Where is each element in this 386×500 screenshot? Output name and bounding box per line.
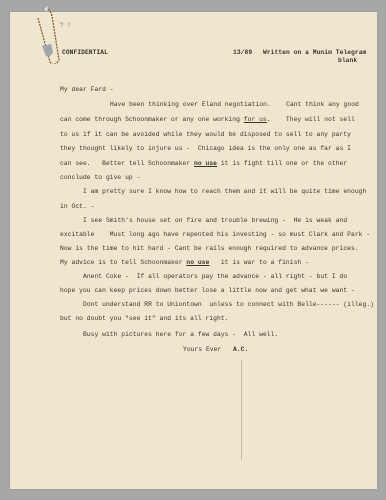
- body-line: Busy with pictures here for a few days -…: [83, 331, 278, 338]
- body-line: Now is the time to hit hard - Cant be ra…: [60, 245, 359, 252]
- body-line: in Oct. -: [60, 203, 94, 210]
- confidential-label: CONFIDENTIAL: [62, 49, 108, 56]
- header-note-line1: Written on a Munim Telegram: [263, 49, 366, 56]
- body-line: they thought likely to injure us - Chica…: [60, 145, 351, 152]
- document-number: 13/89: [233, 49, 252, 56]
- body-line: can come through Schoonmaker or any one …: [60, 116, 355, 123]
- header-note-line2: blank: [338, 57, 357, 64]
- paperclip-icon: [32, 6, 62, 64]
- fold-crease: [241, 360, 242, 460]
- body-line: hope you can keep prices down better los…: [60, 287, 355, 294]
- body-line: excitable Must long ago have repented hi…: [60, 231, 370, 238]
- body-line: My advice is to tell Schoonmaker no use …: [60, 259, 309, 266]
- margin-mark: ? !: [60, 22, 71, 29]
- body-line: I see Smith's house set on fire and trou…: [83, 217, 347, 224]
- closing: Yours Ever: [183, 346, 221, 353]
- body-line: Anent Coke - If all operators pay the ad…: [83, 273, 347, 280]
- body-line: conclude to give up -: [60, 174, 140, 181]
- signature: A.C.: [233, 346, 248, 353]
- body-line: Dont understand RR to Uniontown unless t…: [83, 301, 374, 308]
- body-line: to us if it can be avoided while they wo…: [60, 131, 351, 138]
- body-line: can see. Better tell Schoonmaker no use …: [60, 160, 347, 167]
- body-line: I am pretty sure I know how to reach the…: [83, 188, 366, 195]
- body-line: but no doubt you "see it" and its all ri…: [60, 315, 228, 322]
- body-line: Have been thinking over Eland negotiatio…: [110, 101, 359, 108]
- salutation: My dear Fard -: [60, 86, 114, 93]
